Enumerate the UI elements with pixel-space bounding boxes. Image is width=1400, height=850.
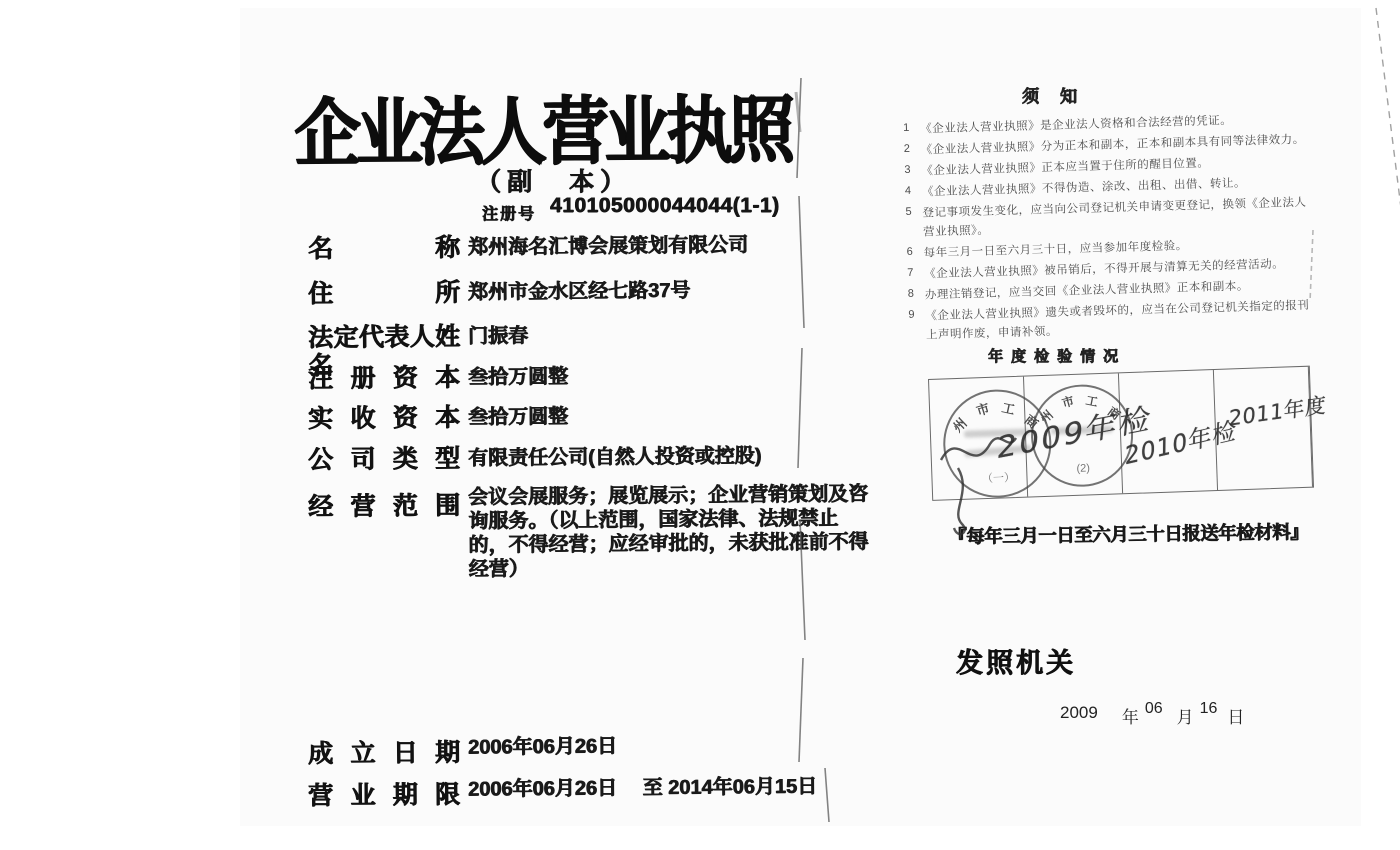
notice-item-number: 8 bbox=[908, 286, 926, 305]
notice-item-number: 5 bbox=[905, 204, 923, 242]
issue-date: 2009 年 06 月 16 日 bbox=[1060, 703, 1244, 728]
stamp-arc-char: 市 bbox=[1060, 392, 1076, 412]
registration-number-row: 注册号 410105000044044(1-1) bbox=[482, 194, 780, 224]
field-value: 会议会展服务；展览展示；企业营销策划及咨询服务。（以上范围，国家法律、法规禁止的… bbox=[468, 482, 871, 582]
scratch-artifact bbox=[1376, 8, 1400, 208]
field-value: 叁拾万圆整 bbox=[468, 402, 870, 430]
notice-item-number: 6 bbox=[906, 244, 924, 263]
field-label: 营业期限 bbox=[308, 782, 460, 811]
license-copy-type: （副 本） bbox=[476, 162, 631, 198]
field-label: 实收资本 bbox=[308, 405, 460, 434]
field-row-registered-capital: 注册资本 叁拾万圆整 bbox=[308, 361, 870, 393]
field-row-company-type: 公司类型 有限责任公司(自然人投资或控股) bbox=[308, 442, 870, 474]
issue-date-month-unit: 月 bbox=[1177, 703, 1194, 728]
issue-date-day-unit: 日 bbox=[1227, 703, 1244, 728]
scanned-business-license: 企业法人营业执照 （副 本） 注册号 410105000044044(1-1) … bbox=[0, 0, 1400, 850]
notice-item-number: 3 bbox=[904, 163, 922, 182]
issuing-authority-label: 发照机关 bbox=[956, 641, 1076, 680]
notice-title: 须 知 bbox=[1022, 82, 1079, 107]
field-value: 郑州海名汇博会展策划有限公司 bbox=[468, 232, 870, 260]
issue-date-day: 16 bbox=[1200, 700, 1218, 718]
field-label: 名称 bbox=[308, 235, 460, 264]
issue-date-year: 2009 bbox=[1060, 703, 1098, 723]
field-row-name: 名称 郑州海名汇博会展策划有限公司 bbox=[308, 231, 870, 263]
field-label: 公司类型 bbox=[308, 446, 460, 475]
field-label: 注册资本 bbox=[308, 365, 460, 394]
registration-number-value: 410105000044044(1-1) bbox=[550, 194, 780, 218]
field-value: 2006年06月26日 bbox=[468, 732, 870, 760]
stamp-arc-char: 工 bbox=[1000, 397, 1017, 418]
stamp-arc-char: 市 bbox=[974, 398, 992, 420]
field-row-business-term: 营业期限 2006年06月26日 至 2014年06月15日 bbox=[308, 778, 870, 810]
annual-inspection-title: 年度检验情况 bbox=[988, 345, 1126, 366]
notice-item-number: 4 bbox=[905, 184, 923, 203]
field-label: 住所 bbox=[308, 280, 460, 309]
registration-number-label: 注册号 bbox=[482, 201, 536, 224]
annual-materials-note: 『每年三月一日至六月三十日报送年检材料』 bbox=[948, 518, 1308, 549]
notice-item-number: 9 bbox=[908, 307, 926, 345]
annual-inspection-table: 州 市 工 商 （一） 州 市 工 商 (2) 2009年检 2010年检 20… bbox=[928, 366, 1314, 501]
field-value: 叁拾万圆整 bbox=[468, 362, 870, 390]
field-row-business-scope: 经营范围 会议会展服务；展览展示；企业营销策划及咨询服务。（以上范围，国家法律、… bbox=[308, 481, 871, 583]
issue-date-year-unit: 年 bbox=[1122, 703, 1139, 728]
field-row-address: 住所 郑州市金水区经七路37号 bbox=[308, 276, 870, 308]
field-value: 郑州市金水区经七路37号 bbox=[468, 277, 870, 305]
field-row-establish-date: 成立日期 2006年06月26日 bbox=[308, 736, 870, 768]
notice-list: 1 《企业法人营业执照》是企业法人资格和合法经营的凭证。 2 《企业法人营业执照… bbox=[903, 109, 1321, 347]
notice-item-number: 7 bbox=[907, 265, 925, 284]
field-value: 2006年06月26日 至 2014年06月15日 bbox=[468, 774, 870, 802]
field-row-paid-in-capital: 实收资本 叁拾万圆整 bbox=[308, 401, 870, 433]
notice-item-number: 1 bbox=[903, 121, 921, 140]
field-value: 门振春 bbox=[468, 321, 870, 349]
field-label: 成立日期 bbox=[308, 740, 460, 769]
field-label: 经营范围 bbox=[308, 485, 460, 522]
issue-date-month: 06 bbox=[1145, 700, 1163, 718]
field-value: 有限责任公司(自然人投资或控股) bbox=[468, 443, 870, 471]
notice-item-number: 2 bbox=[904, 142, 922, 161]
